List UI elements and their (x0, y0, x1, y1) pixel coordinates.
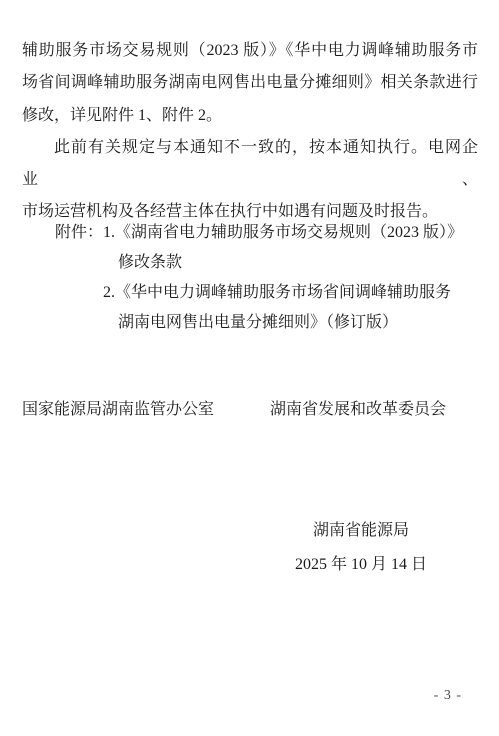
signature-row: 国家能源局湖南监管办公室 湖南省发展和改革委员会 (22, 400, 446, 420)
attachment-title: 《湖南省电力辅助服务市场交易规则（2023 版）》 (115, 224, 463, 241)
signer-right-name: 湖南省发展和改革委员会 (270, 400, 446, 420)
attachment-continuation-line: 湖南电网售出电量分摊细则》（修订版） (103, 308, 463, 338)
page-number: - 3 - (434, 688, 461, 704)
body-line: 辅助服务市场交易规则（2023 版）》《华中电力调峰辅助服务市 (22, 35, 478, 67)
attachment-number: 1. (103, 218, 115, 248)
attachments-block: 附件： 1.《湖南省电力辅助服务市场交易规则（2023 版）》 修改条款 2.《… (22, 218, 478, 338)
attachment-number: 2. (103, 278, 115, 308)
attachment-items: 1.《湖南省电力辅助服务市场交易规则（2023 版）》 修改条款 2.《华中电力… (103, 218, 463, 338)
issuer-block: 湖南省能源局 2025 年 10 月 14 日 (293, 514, 429, 581)
attachments-label: 附件： (55, 218, 103, 248)
body-text: 辅助服务市场交易规则（2023 版）》《华中电力调峰辅助服务市 场省间调峰辅助服… (22, 35, 478, 229)
document-page: 辅助服务市场交易规则（2023 版）》《华中电力调峰辅助服务市 场省间调峰辅助服… (0, 0, 499, 736)
attachment-item: 2.《华中电力调峰辅助服务市场省间调峰辅助服务 湖南电网售出电量分摊细则》（修订… (103, 278, 463, 338)
body-line: 场省间调峰辅助服务湖南电网售出电量分摊细则》相关条款进行 (22, 67, 478, 99)
signer-left-name: 国家能源局湖南监管办公室 (22, 400, 214, 420)
attachment-title-line: 1.《湖南省电力辅助服务市场交易规则（2023 版）》 (103, 218, 463, 248)
issue-date: 2025 年 10 月 14 日 (293, 548, 429, 582)
body-line: 修改，详见附件 1、附件 2。 (22, 100, 478, 132)
attachment-title-line: 2.《华中电力调峰辅助服务市场省间调峰辅助服务 (103, 278, 463, 308)
body-line: 此前有关规定与本通知不一致的，按本通知执行。电网企业、 (22, 132, 478, 197)
attachment-title: 《华中电力调峰辅助服务市场省间调峰辅助服务 (115, 284, 451, 301)
attachment-item: 1.《湖南省电力辅助服务市场交易规则（2023 版）》 修改条款 (103, 218, 463, 278)
attachment-continuation-line: 修改条款 (103, 248, 463, 278)
issuer-name: 湖南省能源局 (293, 514, 429, 548)
